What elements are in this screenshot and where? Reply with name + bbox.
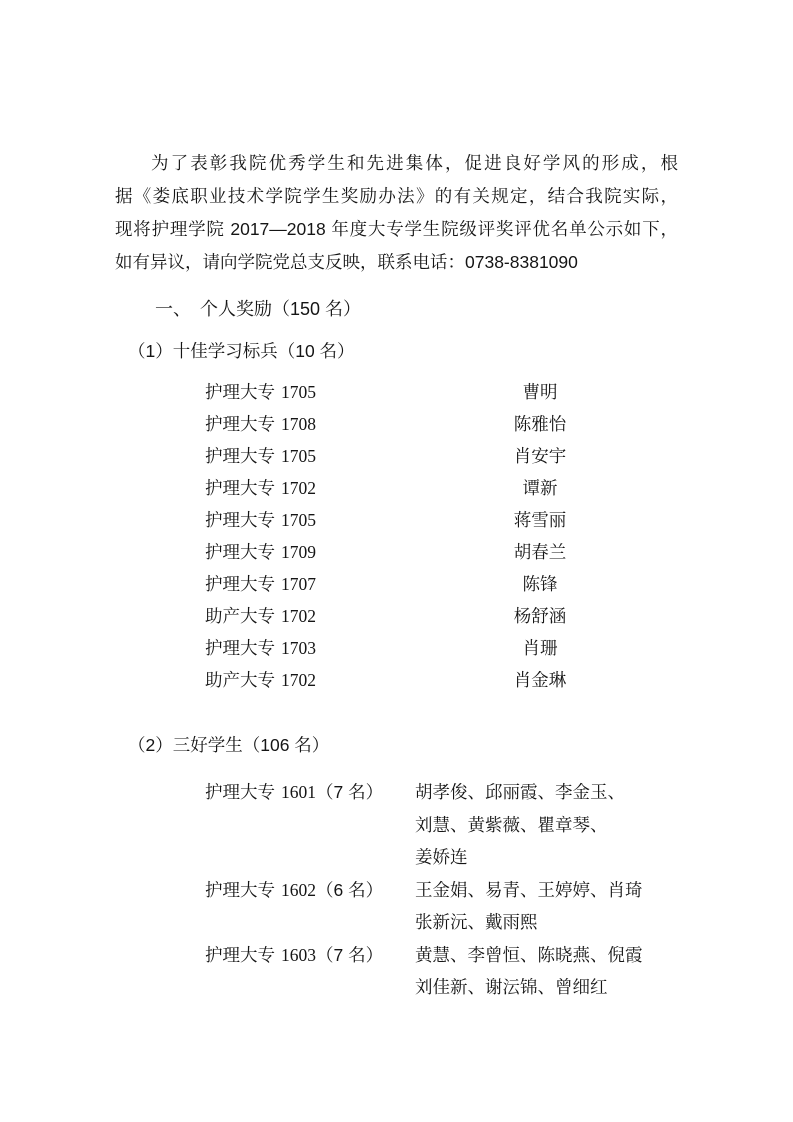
student-name: 肖安宇 bbox=[445, 440, 635, 472]
merit-group: 护理大专1602（6 名） 王金娟、易青、王婷婷、肖琦 张新沅、戴雨熙 bbox=[115, 874, 678, 939]
student-names: 胡孝俊、邱丽霞、李金玉、 刘慧、黄紫薇、瞿章琴、 姜娇连 bbox=[415, 776, 678, 874]
class-name: 护理大专 bbox=[205, 782, 275, 802]
class-number: 1705 bbox=[281, 382, 316, 402]
section-heading-individual-awards: 一、 个人奖励（150 名） bbox=[115, 294, 678, 324]
student-names-line: 张新沅、戴雨熙 bbox=[415, 906, 678, 939]
class-name: 护理大专 bbox=[205, 574, 275, 594]
award-row: 护理大专1708 陈雅怡 bbox=[115, 408, 678, 440]
intro-paragraph: 为了表彰我院优秀学生和先进集体，促进良好学风的形成，根 据《娄底职业技术学院学生… bbox=[115, 147, 678, 279]
student-name: 陈雅怡 bbox=[445, 408, 635, 440]
class-label: 护理大专1705 bbox=[205, 376, 445, 408]
class-name: 护理大专 bbox=[205, 945, 275, 965]
class-number: 1705 bbox=[281, 510, 316, 530]
class-label: 助产大专1702 bbox=[205, 664, 445, 696]
class-label: 护理大专1602（6 名） bbox=[205, 874, 415, 907]
award-row: 助产大专1702 肖金琳 bbox=[115, 664, 678, 696]
award-row: 护理大专1705 肖安宇 bbox=[115, 440, 678, 472]
student-name: 曹明 bbox=[445, 376, 635, 408]
student-names-line: 王金娟、易青、王婷婷、肖琦 bbox=[415, 874, 678, 907]
award-row: 护理大专1703 肖珊 bbox=[115, 632, 678, 664]
class-label: 护理大专1705 bbox=[205, 504, 445, 536]
student-name: 胡春兰 bbox=[445, 536, 635, 568]
subsection-heading-top-learning-models: （1）十佳学习标兵（10 名） bbox=[115, 336, 678, 366]
student-names-line: 姜娇连 bbox=[415, 841, 678, 874]
class-name: 护理大专 bbox=[205, 880, 275, 900]
award-row: 护理大专1702 谭新 bbox=[115, 472, 678, 504]
class-name: 护理大专 bbox=[205, 382, 275, 402]
award-row: 护理大专1705 曹明 bbox=[115, 376, 678, 408]
class-label: 护理大专1705 bbox=[205, 440, 445, 472]
class-label: 护理大专1708 bbox=[205, 408, 445, 440]
intro-line: 为了表彰我院优秀学生和先进集体，促进良好学风的形成，根 bbox=[115, 147, 678, 180]
class-label: 护理大专1703 bbox=[205, 632, 445, 664]
class-number: 1601 bbox=[281, 782, 316, 802]
student-name: 蒋雪丽 bbox=[445, 504, 635, 536]
award-row: 护理大专1707 陈锋 bbox=[115, 568, 678, 600]
intro-line: 现将护理学院 2017—2018 年度大专学生院级评奖评优名单公示如下， bbox=[115, 213, 678, 246]
award-row: 助产大专1702 杨舒涵 bbox=[115, 600, 678, 632]
class-name: 护理大专 bbox=[205, 478, 275, 498]
award-row: 护理大专1705 蒋雪丽 bbox=[115, 504, 678, 536]
class-name: 助产大专 bbox=[205, 606, 275, 626]
class-count: （7 名） bbox=[316, 945, 383, 965]
class-name: 护理大专 bbox=[205, 510, 275, 530]
subsection-heading-merit-students: （2）三好学生（106 名） bbox=[115, 730, 678, 760]
class-number: 1705 bbox=[281, 446, 316, 466]
student-names-line: 刘佳新、谢沄锦、曾细红 bbox=[415, 971, 678, 1004]
award-row: 护理大专1709 胡春兰 bbox=[115, 536, 678, 568]
class-label: 护理大专1707 bbox=[205, 568, 445, 600]
top-learning-models-list: 护理大专1705 曹明 护理大专1708 陈雅怡 护理大专1705 肖安宇 护理… bbox=[115, 376, 678, 696]
class-number: 1707 bbox=[281, 574, 316, 594]
merit-group: 护理大专1601（7 名） 胡孝俊、邱丽霞、李金玉、 刘慧、黄紫薇、瞿章琴、 姜… bbox=[115, 776, 678, 874]
class-number: 1602 bbox=[281, 880, 316, 900]
class-name: 护理大专 bbox=[205, 542, 275, 562]
class-number: 1708 bbox=[281, 414, 316, 434]
student-name: 杨舒涵 bbox=[445, 600, 635, 632]
student-names-line: 刘慧、黄紫薇、瞿章琴、 bbox=[415, 809, 678, 842]
merit-group: 护理大专1603（7 名） 黄慧、李曾恒、陈晓燕、倪霞 刘佳新、谢沄锦、曾细红 bbox=[115, 939, 678, 1004]
class-label: 助产大专1702 bbox=[205, 600, 445, 632]
document-content: 为了表彰我院优秀学生和先进集体，促进良好学风的形成，根 据《娄底职业技术学院学生… bbox=[115, 147, 678, 1004]
class-label: 护理大专1603（7 名） bbox=[205, 939, 415, 972]
class-number: 1703 bbox=[281, 638, 316, 658]
merit-students-list: 护理大专1601（7 名） 胡孝俊、邱丽霞、李金玉、 刘慧、黄紫薇、瞿章琴、 姜… bbox=[115, 776, 678, 1004]
class-label: 护理大专1709 bbox=[205, 536, 445, 568]
class-number: 1702 bbox=[281, 670, 316, 690]
document-page: 为了表彰我院优秀学生和先进集体，促进良好学风的形成，根 据《娄底职业技术学院学生… bbox=[0, 0, 793, 1122]
intro-line: 据《娄底职业技术学院学生奖励办法》的有关规定，结合我院实际， bbox=[115, 180, 678, 213]
class-number: 1603 bbox=[281, 945, 316, 965]
class-number: 1702 bbox=[281, 478, 316, 498]
class-name: 助产大专 bbox=[205, 670, 275, 690]
student-name: 谭新 bbox=[445, 472, 635, 504]
student-names: 王金娟、易青、王婷婷、肖琦 张新沅、戴雨熙 bbox=[415, 874, 678, 939]
student-name: 陈锋 bbox=[445, 568, 635, 600]
class-number: 1709 bbox=[281, 542, 316, 562]
class-name: 护理大专 bbox=[205, 638, 275, 658]
class-name: 护理大专 bbox=[205, 414, 275, 434]
class-label: 护理大专1601（7 名） bbox=[205, 776, 415, 809]
student-names: 黄慧、李曾恒、陈晓燕、倪霞 刘佳新、谢沄锦、曾细红 bbox=[415, 939, 678, 1004]
intro-line: 如有异议，请向学院党总支反映，联系电话：0738-8381090 bbox=[115, 246, 678, 279]
student-names-line: 胡孝俊、邱丽霞、李金玉、 bbox=[415, 776, 678, 809]
student-names-line: 黄慧、李曾恒、陈晓燕、倪霞 bbox=[415, 939, 678, 972]
class-name: 护理大专 bbox=[205, 446, 275, 466]
class-number: 1702 bbox=[281, 606, 316, 626]
class-label: 护理大专1702 bbox=[205, 472, 445, 504]
class-count: （6 名） bbox=[316, 880, 383, 900]
student-name: 肖珊 bbox=[445, 632, 635, 664]
student-name: 肖金琳 bbox=[445, 664, 635, 696]
class-count: （7 名） bbox=[316, 782, 383, 802]
